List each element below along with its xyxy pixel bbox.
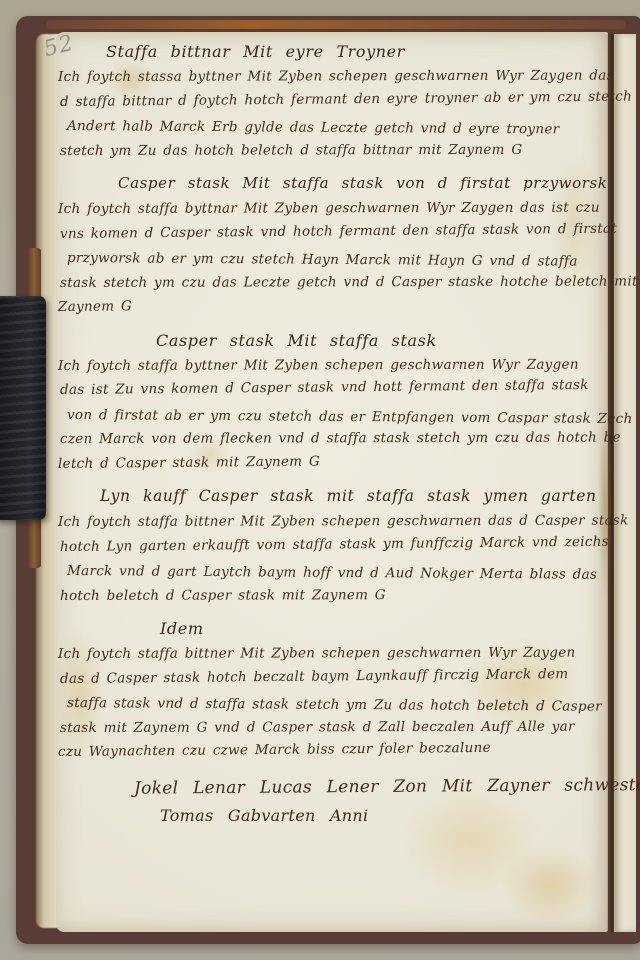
text-line: stetch ym Zu das hotch beletch d staffa … — [60, 137, 605, 163]
entry-section: Casper stask Mit staffa stask von d firs… — [60, 170, 605, 320]
entry-section: Idem Ich foytch staffa bittner Mit Zyben… — [60, 615, 605, 765]
text-line: Zaynem G — [58, 290, 605, 320]
next-page-sliver — [614, 34, 636, 932]
gutter-crease — [606, 34, 614, 932]
section-heading: Casper stask Mit staffa stask von d firs… — [118, 170, 605, 197]
entry-section: Casper stask Mit staffa stask Ich foytch… — [60, 327, 605, 477]
text-line: das ist Zu vns komen d Casper stask vnd … — [60, 373, 605, 403]
text-line: letch d Casper stask mit Zaynem G — [58, 446, 605, 476]
text-line: das d Casper stask hotch beczalt baym La… — [60, 661, 605, 691]
footer-line: Jokel Lenar Lucas Lener Zon Mit Zayner s… — [134, 770, 605, 803]
footer-line: Tomas Gabvarten Anni — [160, 802, 605, 830]
section-heading: Casper stask Mit staffa stask — [156, 327, 605, 354]
entry-section: Lyn kauff Casper stask mit staffa stask … — [60, 483, 605, 608]
section-heading: Staffa bittnar Mit eyre Troyner — [106, 38, 605, 65]
entry-section: Staffa bittnar Mit eyre Troyner Ich foyt… — [60, 38, 605, 163]
text-line: d staffa bittnar d foytch hotch fermant … — [60, 84, 605, 114]
section-heading: Idem — [160, 615, 605, 642]
cover-spine-strip — [46, 20, 626, 29]
section-heading: Lyn kauff Casper stask mit staffa stask … — [100, 483, 605, 510]
text-line: hotch beletch d Casper stask mit Zaynem … — [60, 582, 605, 608]
book-clasp — [0, 296, 46, 520]
text-line: hotch Lyn garten erkaufft vom staffa sta… — [60, 529, 605, 559]
manuscript-photo: 52 Staffa bittnar Mit eyre Troyner Ich f… — [0, 0, 640, 960]
text-line: vns komen d Casper stask vnd hotch ferma… — [60, 216, 605, 246]
text-column: Staffa bittnar Mit eyre Troyner Ich foyt… — [60, 38, 605, 830]
text-line: czu Waynachten czu czwe Marck biss czur … — [58, 735, 605, 765]
